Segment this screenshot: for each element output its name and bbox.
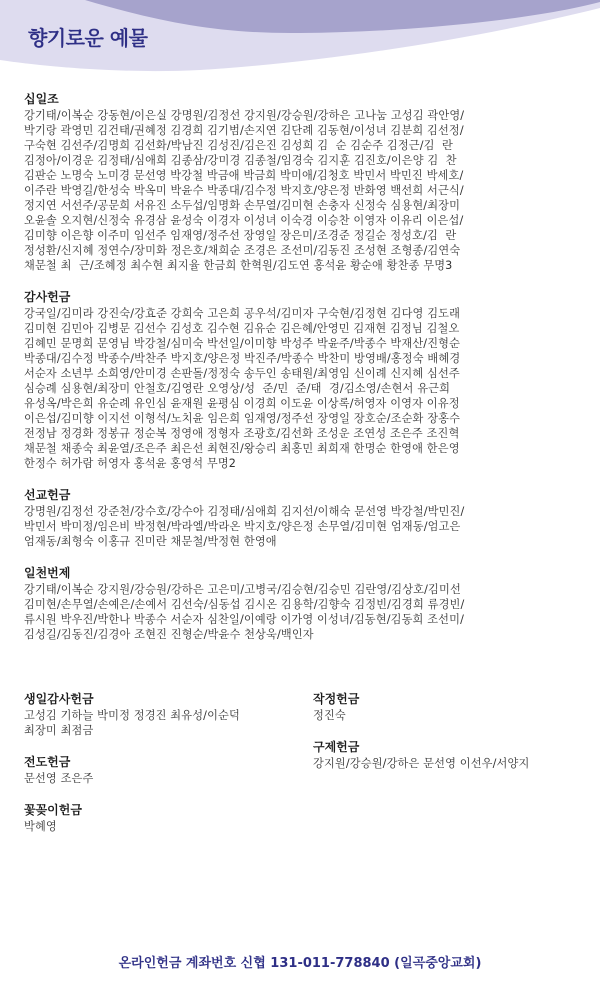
name-line: 채문철 최 근/조혜정 최수현 최지율 한금희 한혁원/김도연 홍석윤 황순애 …: [24, 258, 584, 273]
section-title: 작정헌금: [313, 692, 593, 707]
section-title: 감사헌금: [24, 290, 584, 305]
name-line: 박종대/김수정 박종수/박찬주 박지호/양은정 박진주/박종수 박찬미 방영배/…: [24, 351, 584, 366]
name-line: 강기태/이복순 강지원/강승원/강하은 고은미/고병국/김승현/김승민 김란영/…: [24, 582, 584, 597]
name-line: 김성길/김동진/김경아 조현진 진형순/박윤수 천상욱/백인자: [24, 627, 584, 642]
section-flower: 꽃꽂이헌금 박혜영: [24, 803, 304, 834]
name-line: 심승례 심용현/최장미 안철호/김영란 오영상/성 준/민 준/태 경/김소영/…: [24, 381, 584, 396]
section-title: 선교헌금: [24, 488, 584, 503]
name-line: 강지원/강승원/강하은 문선영 이선우/서양지: [313, 756, 593, 771]
name-line: 강국일/김미라 강진숙/강효준 강희숙 고은희 공우석/김미자 구숙현/김정현 …: [24, 306, 584, 321]
page-title: 향기로운 예물: [28, 22, 147, 51]
name-line: 문선영 조은주: [24, 771, 304, 786]
name-line: 김미현/손무열/손예은/손예서 김선숙/심동섭 김시온 김용학/김향숙 김정빈/…: [24, 597, 584, 612]
section-evangelism: 전도헌금 문선영 조은주: [24, 755, 304, 786]
online-offering-account: 온라인헌금 계좌번호 신협 131-011-778840 (일곡중앙교회): [0, 952, 600, 971]
right-column: 작정헌금 정진숙 구제헌금 강지원/강승원/강하은 문선영 이선우/서양지: [313, 692, 593, 788]
section-title: 구제헌금: [313, 740, 593, 755]
name-line: 김판순 노명숙 노미경 문선영 박강철 박금애 박금희 박미애/김청호 박민서 …: [24, 168, 584, 183]
section-relief: 구제헌금 강지원/강승원/강하은 문선영 이선우/서양지: [313, 740, 593, 771]
name-line: 박혜영: [24, 819, 304, 834]
name-line: 강명원/김정선 강준천/강수호/강수아 김정태/심애희 김지선/이해숙 문선영 …: [24, 504, 584, 519]
section-pledge: 작정헌금 정진숙: [313, 692, 593, 723]
name-line: 김미현 김민아 김병문 김선수 김성호 김수현 김유순 김은혜/안영민 김재현 …: [24, 321, 584, 336]
name-line: 정지연 서선주/공문희 서유진 소두섭/임명화 손무열/김미현 손충자 신정숙 …: [24, 198, 584, 213]
name-line: 고성김 기하늘 박미정 정경진 최유성/이순덕: [24, 708, 304, 723]
name-line: 이주란 박영길/한성숙 박옥미 박윤수 박종대/김수정 박지호/양은정 반화영 …: [24, 183, 584, 198]
name-line: 전정남 정경화 정봉규 정순복 정영애 정형자 조광호/김선화 조성운 조연성 …: [24, 426, 584, 441]
name-line: 정성환/신지혜 정연수/장미화 정은호/채희순 조경은 조선미/김동진 조성현 …: [24, 243, 584, 258]
section-title: 꽃꽂이헌금: [24, 803, 304, 818]
name-line: 김혜민 문명희 문영님 박강철/심미숙 박선일/이미향 박성주 박윤주/박종수 …: [24, 336, 584, 351]
section-birthday: 생일감사헌금 고성김 기하늘 박미정 정경진 최유성/이순덕 최장미 최점금: [24, 692, 304, 738]
name-line: 유성옥/박은희 유순례 유인심 윤재원 윤평심 이경희 이도윤 이상록/허영자 …: [24, 396, 584, 411]
section-thousand-offering: 일천번제 강기태/이복순 강지원/강승원/강하은 고은미/고병국/김승현/김승민…: [24, 566, 584, 642]
section-title: 일천번제: [24, 566, 584, 581]
name-line: 채문철 채종숙 최윤열/조은주 최은선 최현진/왕승리 최홍민 최희재 한명순 …: [24, 441, 584, 456]
name-line: 서순자 소년부 소희영/안미경 손판돌/정정숙 송두인 송태원/최영임 신이례 …: [24, 366, 584, 381]
name-line: 강기태/이복순 강동현/이은실 강명원/김정선 강지원/강승원/강하은 고나눔 …: [24, 108, 584, 123]
name-line: 이은섭/김미향 이지선 이형석/노치윤 임은희 임재영/정주선 장영일 장호순/…: [24, 411, 584, 426]
name-line: 김미향 이은향 이주미 임선주 임재영/정주선 장영일 장은미/조경준 정길순 …: [24, 228, 584, 243]
header-banner: 향기로운 예물: [0, 0, 600, 80]
name-line: 김정아/이경운 김정태/심애희 김종삼/강미경 김종철/임경숙 김지훈 김진호/…: [24, 153, 584, 168]
name-line: 한정수 허가람 허영자 홍석윤 홍영석 무명2: [24, 456, 584, 471]
section-mission: 선교헌금 강명원/김정선 강준천/강수호/강수아 김정태/심애희 김지선/이해숙…: [24, 488, 584, 549]
left-column: 생일감사헌금 고성김 기하늘 박미정 정경진 최유성/이순덕 최장미 최점금 전…: [24, 692, 304, 851]
name-line: 정진숙: [313, 708, 593, 723]
section-title: 생일감사헌금: [24, 692, 304, 707]
name-line: 최장미 최점금: [24, 723, 304, 738]
name-line: 박기랑 곽영민 김건태/권혜정 김경희 김기범/손지연 김단례 김동현/이성녀 …: [24, 123, 584, 138]
name-line: 구숙현 김선주/김명희 김선화/박남진 김성진/김은진 김성희 김 순 김순주 …: [24, 138, 584, 153]
name-line: 엄재동/최형숙 이홍규 진미란 채문철/박정현 한영애: [24, 534, 584, 549]
offering-sections: 십일조 강기태/이복순 강동현/이은실 강명원/김정선 강지원/강승원/강하은 …: [24, 92, 584, 659]
section-thanksgiving: 감사헌금 강국일/김미라 강진숙/강효준 강희숙 고은희 공우석/김미자 구숙현…: [24, 290, 584, 471]
name-line: 박민서 박미정/임은비 박정현/박라엘/박라온 박지호/양은정 손무열/김미현 …: [24, 519, 584, 534]
name-line: 오윤솔 오지현/신정숙 유경삼 윤성숙 이경자 이성녀 이숙경 이승찬 이영자 …: [24, 213, 584, 228]
name-line: 류시원 박우진/박한나 박종수 서순자 심찬일/이예랑 이가영 이성녀/김동현/…: [24, 612, 584, 627]
section-tithe: 십일조 강기태/이복순 강동현/이은실 강명원/김정선 강지원/강승원/강하은 …: [24, 92, 584, 273]
section-title: 십일조: [24, 92, 584, 107]
section-title: 전도헌금: [24, 755, 304, 770]
